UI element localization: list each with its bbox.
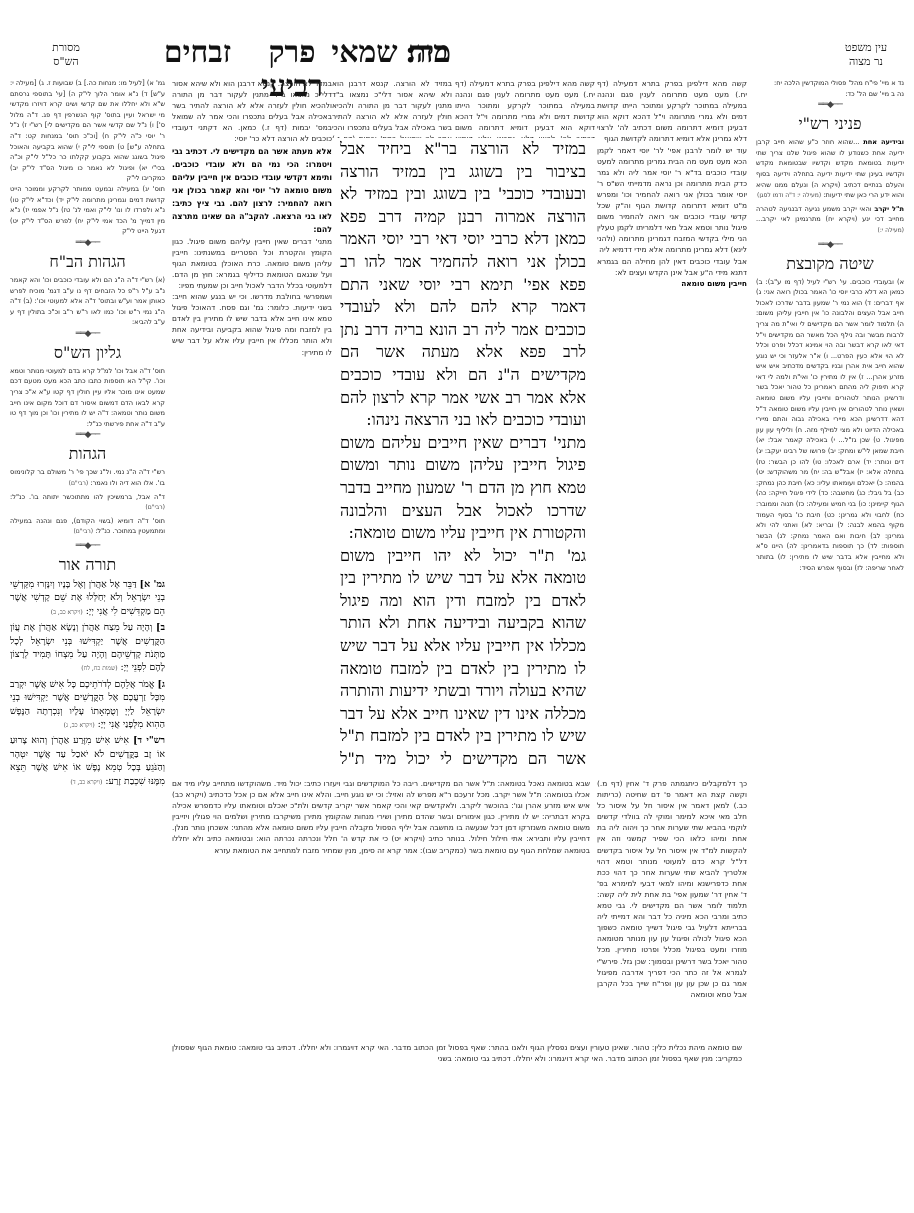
torah-or-title: תורה אור: [10, 554, 165, 576]
pnei-rashi-title: פניני רש"י: [756, 113, 904, 135]
torah-or-verse: ב] וְהָיָה עַל מֵצַח אַהֲרֹן וְנָשָׂא אַ…: [10, 621, 165, 676]
gilyon-hashas-text: תוס' ד"ה אבל וכו' למ"ל קרא בדם למעוטי מנ…: [10, 366, 165, 430]
pnei-rashi-entry: ת"ל יקרב והאי יקרב משמע נגיעה דבנגיעה לט…: [756, 204, 904, 237]
masoret-hashas-text: גמ' א) [לעיל מו: מנחות כה.] ב) שבועות ז.…: [10, 78, 165, 184]
rashi-top-text: במזיד לא הורצה. קנסא דרבנן הוא ולא שיהא …: [332, 78, 452, 138]
hagahot-entry: תוס' ד"ה דומיא (בשוי הקודם), פגם ונהנה ב…: [10, 516, 165, 538]
hagahot-entry: ד"ה אבל, ברמשיכין להו מתתוכשר יתותה בו'.…: [10, 492, 165, 514]
mishnah-paragraph: מתני' דברים שאין חייבים עליהם משום פיגול…: [340, 432, 586, 545]
tosafot-text: עוד יש לומר לרבנן אפי' לר' יוסי דאמר לקמ…: [597, 145, 747, 256]
gemara-paragraph: במזיד לא הורצה בר"א ביחיד אבל בציבור בין…: [340, 138, 586, 432]
entry-head: ובידיעה אחת: [863, 138, 904, 146]
ornament-divider: [756, 239, 904, 251]
tosafot-text: אבל עובדי כוכבים דאין להן מחילה הם בגמרא…: [597, 256, 747, 278]
tosafot-continued: כך דלמקבלים כיתגמתה פרק ד' אחין (דף מ.) …: [597, 778, 747, 1048]
entry-text: ...שהוא חוזר כ"ע שהוא חייב קרבן ידיעה אח…: [756, 138, 904, 199]
pnei-rashi-entry: ובידיעה אחת ...שהוא חוזר כ"ע שהוא חייב ק…: [756, 137, 904, 202]
rashi-text: מתני' דברים שאין חייבין עליהם משום פיגול…: [172, 236, 332, 291]
entry-cite: (מעילה י: ד"ה ודמו לסגן): [757, 192, 821, 199]
rashi-text: במזיד לא הורצה. קנסא דרבנן הוא ולא שיהא …: [172, 78, 332, 145]
entry-cite: (מעילה י:): [878, 227, 904, 234]
hagahot-title: הגהות: [10, 443, 165, 465]
tosafot-text: קשה מהא דילפינן בפרק בתרא דמעילה (דף יח.…: [597, 78, 747, 145]
rashi-text: ושמפרשי בחולבת מדרשו. וכי יש בנגע שהוא ח…: [172, 291, 332, 358]
tosafot-dibbur-hamatchil: חייבין משום טומאה: [681, 279, 747, 288]
ein-mishpat-label: עין משפט נר מצוה: [831, 41, 901, 69]
masoret-label: מסורת הש"ס: [42, 41, 90, 69]
gemara-paragraph: גמ' ת"ר יכול לא יהו חייבין משום טומאה אל…: [340, 545, 586, 772]
rashi-text: אלא מעתה אשר הם מקדישים לי. דכתיב גבי וי…: [172, 145, 332, 236]
tractate-name: זבחים: [160, 36, 235, 70]
tosafot-top: קשה מהא דילפינן בפרק בתרא דמעילה (דף יח.…: [455, 78, 595, 138]
hagahot-entry: רש"י ד"ה ה"נ נמי. ול"נ שכך פי' ר' משולם …: [10, 467, 165, 489]
right-margin-column: נד א מיי' פי"ח מהל' פסולי המוקדשין הלכה …: [756, 78, 904, 1128]
tosafot-continued-text: כך דלמקבלים כיתגמתה פרק ד' אחין (דף מ.) …: [597, 778, 747, 1000]
hagahot-habach-text: (א) רש"י ד"ה ה"ג הם ולא עובדי כוכבים וכו…: [10, 275, 165, 328]
ornament-divider: [756, 99, 904, 111]
shita-mekubetzet-title: שיטה מקובצת: [756, 253, 904, 275]
ein-mishpat-entry: נד א מיי' פי"ח מהל' פסולי המוקדשין הלכה …: [756, 78, 904, 89]
shita-mekubetzet-text: א) ובעובדי כוכבים. עי' רש"י לעיל (דף מו …: [756, 277, 904, 574]
rashi-final: שם טומאה מיהת נכלית כלין: טהור. שאינן טע…: [172, 1042, 742, 1082]
torah-or-verse: גמ' א] דַּבֵּר אֶל אַהֲרֹן וְאֶל בָּנָיו…: [10, 578, 165, 619]
rashi-final-text: שם טומאה מיהת נכלית כלין: טהור. שאינן טע…: [172, 1042, 742, 1064]
ornament-divider: [10, 429, 165, 441]
tosafot-column: קשה מהא דילפינן בפרק בתרא דמעילה (דף יח.…: [597, 78, 747, 778]
ein-mishpat-entry: נה ב מיי' שם הל' כד:: [756, 89, 904, 100]
gemara-main-text: במזיד לא הורצה בר"א ביחיד אבל בציבור בין…: [340, 138, 586, 772]
hagahot-habach-title: הגהות הב"ח: [10, 251, 165, 273]
ornament-divider: [10, 540, 165, 552]
left-margin-column: גמ' א) [לעיל מו: מנחות כה.] ב) שבועות ז.…: [10, 78, 165, 1118]
rashi-continued: שבא בטומאה נאכל בטומאה: ת"ל אשר הם מקדיש…: [172, 778, 590, 1028]
rashi-column: במזיד לא הורצה. קנסא דרבנן הוא ולא שיהא …: [172, 78, 332, 768]
gilyon-hashas-title: גליון הש"ס: [10, 342, 165, 364]
masoret-hashas-tosafot-text: תוס' יג) במעילה ובמעט ממותר לקרקע וממוכר…: [10, 184, 165, 237]
entry-head: ת"ל יקרב: [874, 205, 904, 213]
torah-or-verse: רש"י ד] אִישׁ אִישׁ מִזֶּרַע אַהֲרֹן וְה…: [10, 734, 165, 789]
ornament-divider: [10, 328, 165, 340]
torah-or-verse: ג] אֱמֹר אֲלֵהֶם לְדֹרֹתֵיכֶם כָּל אִישׁ…: [10, 678, 165, 733]
rashi-top: במזיד לא הורצה. קנסא דרבנן הוא ולא שיהא …: [332, 78, 452, 138]
ornament-divider: [10, 237, 165, 249]
rashi-continued-text: שבא בטומאה נאכל בטומאה: ת"ל אשר הם מקדיש…: [172, 778, 590, 856]
tosafot-top-text: קשה מהא דילפינן בפרק בתרא דמעילה (דף יח.…: [455, 78, 595, 138]
